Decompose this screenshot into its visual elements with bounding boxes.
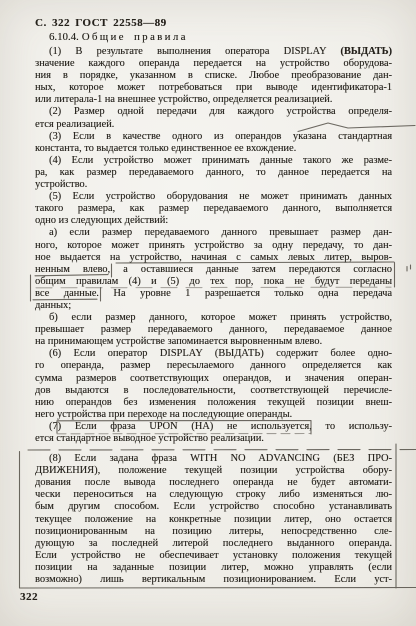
text-line: данных; — [35, 300, 392, 312]
text-line: (4) Если устройство может принимать данн… — [35, 155, 392, 167]
text-line: б) если размер данного, которое может пр… — [35, 312, 392, 324]
text-segment: на принимающем устройстве запоминается в… — [35, 336, 322, 347]
text-line: возможно) лишь вертикальным позициониров… — [35, 574, 392, 586]
text-segment: (2) Размер одной передачи для каждого ус… — [49, 106, 392, 117]
text-line: (8) Если задана фраза WITH NO ADVANCING … — [35, 453, 392, 465]
text-segment: Если устройство не обеспечивает установк… — [35, 550, 392, 561]
text-segment: го операнда, размер пересылаемого данног… — [35, 360, 392, 371]
text-line: (1) В результате выполнения оператора DI… — [35, 46, 392, 58]
text-segment: ется реализацией. — [35, 119, 114, 130]
text-segment: константа, то выдается только единственн… — [35, 143, 296, 154]
text-line: дования после вывода последнего операнда… — [35, 477, 392, 489]
text-segment: позиционированным на позицию литеры, неп… — [35, 526, 392, 537]
text-segment: такого размера, как размер передаваемого… — [35, 203, 392, 214]
text-segment: дования после вывода последнего операнда… — [35, 477, 392, 488]
text-line: ется стандартное выводное устройство реа… — [35, 433, 392, 445]
text-segment: б) если размер данного, которое может пр… — [49, 312, 392, 323]
text-segment: ного, которое может принять устройство з… — [35, 240, 392, 251]
text-line: ного, которое может принять устройство з… — [35, 240, 392, 252]
text-line: Если устройство не обеспечивает установк… — [35, 550, 392, 562]
text-line: сумма размеров соответствующих операндов… — [35, 373, 392, 385]
section-number: 6.10.4. — [49, 31, 79, 43]
text-segment: позиции на заданные позиции литер, можно… — [35, 562, 392, 573]
text-segment: ния в порядке, указанном в списке. Любое… — [35, 70, 392, 81]
text-line: или литерала-1 на внешнее устройство, оп… — [35, 94, 392, 106]
section-title: Общие правила — [82, 31, 188, 43]
text-line: текущее положение на конкретные позиции … — [35, 514, 392, 526]
text-line: позиционированным на позицию литеры, неп… — [35, 526, 392, 538]
text-segment: ра, как размер передаваемого данного, то… — [35, 167, 392, 178]
text-line: ненным влево, а оставшиеся данные затем … — [35, 264, 392, 276]
text-segment: бым другим способом. Если устройство спо… — [35, 501, 392, 512]
text-segment: ное выдается на устройство, начиная с са… — [35, 252, 392, 263]
text-line: ное выдается на устройство, начиная с са… — [35, 252, 392, 264]
text-line: позиции на заданные позиции литер, можно… — [35, 562, 392, 574]
text-line: такого размера, как размер передаваемого… — [35, 203, 392, 215]
text-segment: него устройства при переходе на последую… — [35, 409, 292, 420]
text-segment: ется стандартное выводное устройство реа… — [35, 433, 264, 444]
document-lines: (1) В результате выполнения оператора DI… — [35, 46, 392, 586]
text-segment: или литерала-1 на внешнее устройство, оп… — [35, 94, 332, 105]
text-segment: устройство. — [35, 179, 87, 190]
text-segment: (3) Если в качестве одного из операндов … — [49, 131, 392, 142]
text-line: (7) Если фраза UPON (НА) не используется… — [35, 421, 392, 433]
text-segment: превышает размер передаваемого данного, … — [35, 324, 392, 335]
text-line: (5) Если устройство оборудования не може… — [35, 191, 392, 203]
text-line: константа, то выдается только единственн… — [35, 143, 392, 155]
text-line: устройство. — [35, 179, 392, 191]
text-line: бым другим способом. Если устройство спо… — [35, 501, 392, 513]
text-line: значение каждого операнда передается на … — [35, 58, 392, 70]
text-segment: чески переноситься на следующую строку л… — [35, 489, 392, 500]
text-segment: (8) Если задана фраза WITH NO ADVANCING … — [49, 453, 392, 464]
text-segment: (5) Если устройство оборудования не може… — [49, 191, 392, 202]
text-segment: текущее положение на конкретные позиции … — [35, 514, 392, 525]
bold-text-segment: (ВЫДАТЬ) — [340, 46, 392, 57]
text-segment: данных; — [35, 300, 71, 311]
text-line: общим правилам (4) и (5) до тех пор, пок… — [35, 276, 392, 288]
text-line: ра, как размер передаваемого данного, то… — [35, 167, 392, 179]
text-line: него устройства при переходе на последую… — [35, 409, 392, 421]
text-segment: дующую за последней литерой последнего в… — [35, 538, 392, 549]
text-line: на принимающем устройстве запоминается в… — [35, 336, 392, 348]
text-line: дов выдаются в последовательности, соотв… — [35, 385, 392, 397]
pencil-margin-ticks — [407, 265, 411, 271]
text-segment: ненным влево, а оставшиеся данные затем … — [35, 264, 392, 275]
text-segment: дов выдаются в последовательности, соотв… — [35, 385, 392, 396]
text-line: все данные. На уровне 1 разрешается толь… — [35, 288, 392, 300]
running-header: С. 322 ГОСТ 22558—89 — [35, 17, 167, 29]
text-line: дующую за последней литерой последнего в… — [35, 538, 392, 550]
text-line: чески переноситься на следующую строку л… — [35, 489, 392, 501]
text-segment: нию операндов без изменения положения те… — [35, 397, 392, 408]
text-line: ется реализацией. — [35, 119, 392, 131]
text-line: одно из следующих действий: — [35, 215, 392, 227]
text-segment: ных, которое может потребоваться при выв… — [35, 82, 392, 93]
text-line: ния в порядке, указанном в списке. Любое… — [35, 70, 392, 82]
scanned-page: С. 322 ГОСТ 22558—89 6.10.4.Общие правил… — [0, 0, 416, 626]
text-line: го операнда, размер пересылаемого данног… — [35, 360, 392, 372]
text-line: (2) Размер одной передачи для каждого ус… — [35, 106, 392, 118]
text-segment: возможно) лишь вертикальным позициониров… — [35, 574, 392, 585]
text-line: ДВИЖЕНИЯ), положение текущей позиции уст… — [35, 465, 392, 477]
text-segment: (7) Если фраза UPON (НА) не используется… — [49, 421, 392, 432]
section-heading: 6.10.4.Общие правила — [49, 31, 188, 43]
text-line: ных, которое может потребоваться при выв… — [35, 82, 392, 94]
text-line: (3) Если в качестве одного из операндов … — [35, 131, 392, 143]
text-segment: а) если размер передаваемого данного пре… — [49, 227, 392, 238]
text-line: а) если размер передаваемого данного пре… — [35, 227, 392, 239]
text-line: (6) Если оператор DISPLAY (ВЫДАТЬ) содер… — [35, 348, 392, 360]
pencil-box8-bottom — [20, 588, 416, 589]
text-line: нию операндов без изменения положения те… — [35, 397, 392, 409]
text-segment: все данные. На уровне 1 разрешается толь… — [35, 288, 392, 299]
text-segment: ДВИЖЕНИЯ), положение текущей позиции уст… — [35, 465, 392, 476]
page-number: 322 — [20, 591, 38, 603]
text-segment: сумма размеров соответствующих операндов… — [35, 373, 392, 384]
text-segment: одно из следующих действий: — [35, 215, 168, 226]
text-segment: (6) Если оператор DISPLAY (ВЫДАТЬ) содер… — [49, 348, 392, 359]
text-segment: (4) Если устройство может принимать данн… — [49, 155, 392, 166]
text-segment: (1) В результате выполнения оператора DI… — [49, 46, 340, 57]
text-segment: значение каждого операнда передается на … — [35, 58, 392, 69]
text-line: превышает размер передаваемого данного, … — [35, 324, 392, 336]
text-segment: общим правилам (4) и (5) до тех пор, пок… — [35, 276, 392, 287]
